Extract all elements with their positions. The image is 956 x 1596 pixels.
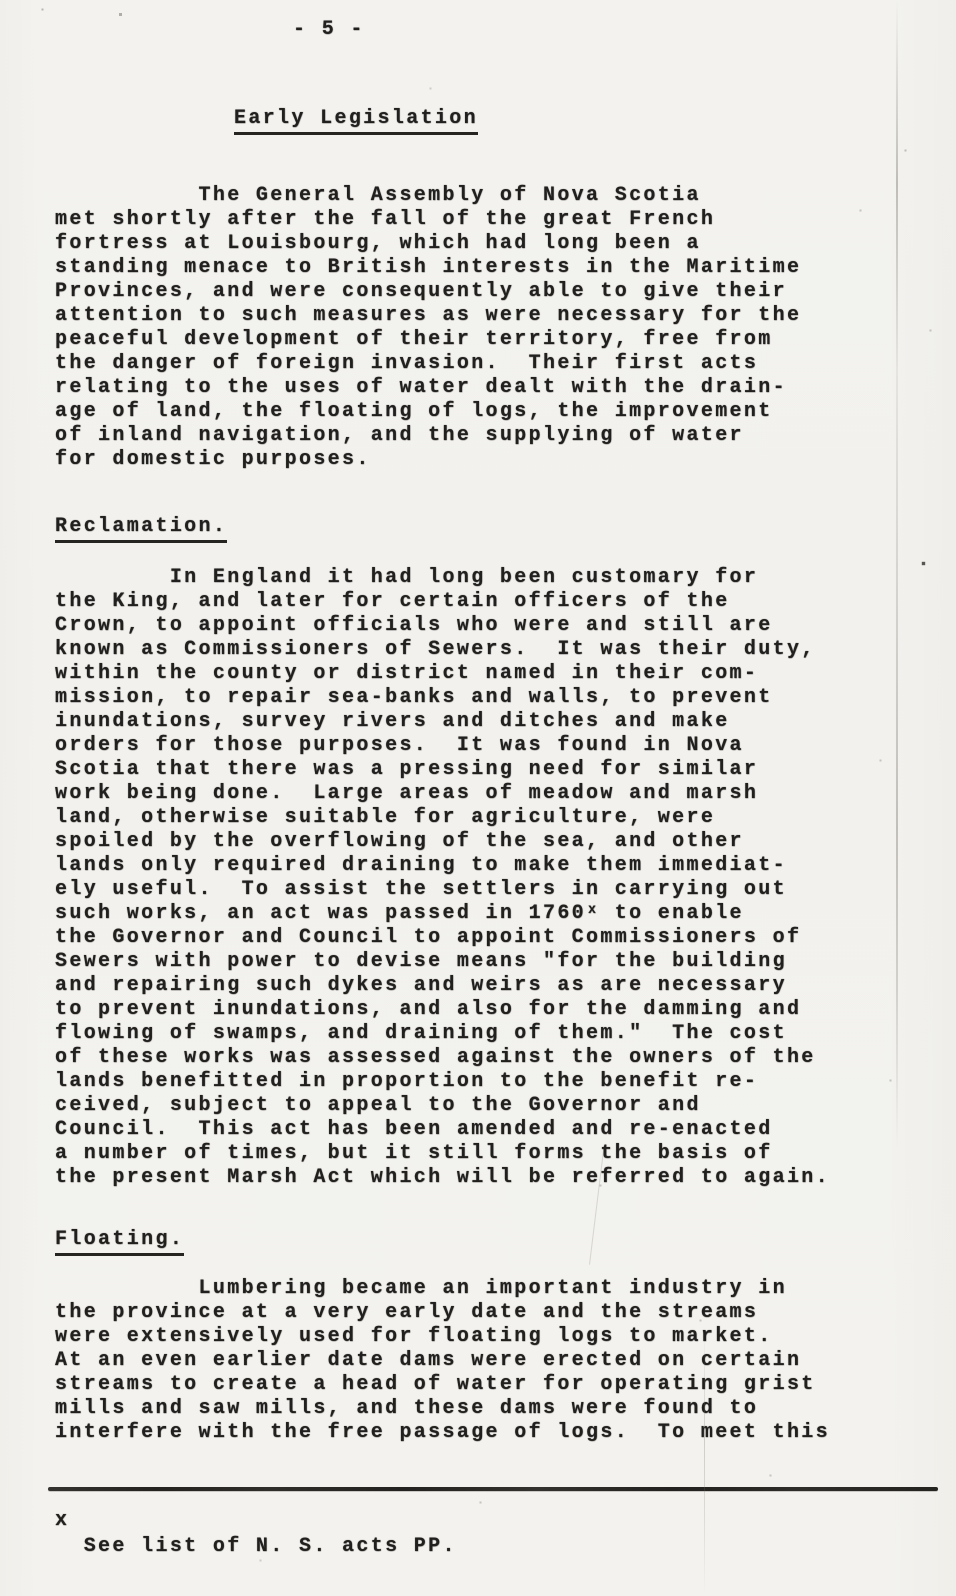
scanned-document-page: - 5 - Early Legislation The General Asse…	[0, 0, 956, 1596]
section-heading-floating-wrap: Floating.	[55, 1228, 184, 1256]
floating-paragraph: Lumbering became an important industry i…	[55, 1277, 830, 1445]
scan-artifact-specks	[0, 0, 1, 1]
section-heading-reclamation: Reclamation.	[55, 515, 227, 543]
page-number: - 5 -	[293, 18, 365, 42]
intro-paragraph: The General Assembly of Nova Scotia met …	[55, 184, 801, 472]
footnote: x See list of N. S. acts PP.	[55, 1508, 457, 1560]
scan-artifact-right-streak	[896, 0, 898, 1150]
document-title-wrap: Early Legislation	[234, 107, 478, 135]
document-title: Early Legislation	[234, 107, 478, 135]
footnote-divider	[48, 1487, 938, 1491]
section-heading-reclamation-wrap: Reclamation.	[55, 515, 227, 543]
scan-artifact-bottom-crease	[704, 1330, 705, 1596]
reclamation-paragraph: In England it had long been customary fo…	[55, 566, 830, 1190]
section-heading-floating: Floating.	[55, 1228, 184, 1256]
